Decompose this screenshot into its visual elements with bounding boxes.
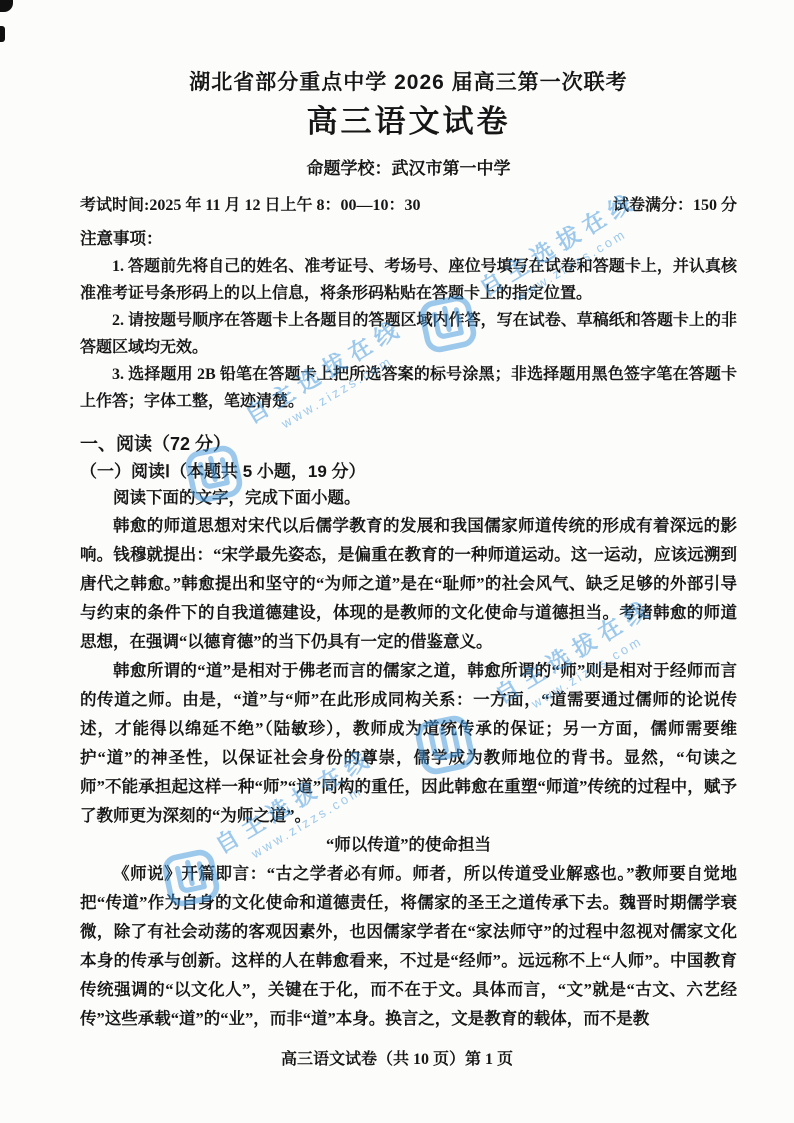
page-content: 湖北省部分重点中学 2026 届高三第一次联考 高三语文试卷 命题学校：武汉市第… <box>0 0 794 1033</box>
paper-title: 高三语文试卷 <box>80 102 737 142</box>
reading-instruction: 阅读下面的文字，完成下面小题。 <box>80 485 737 511</box>
exam-paper-page: 湖北省部分重点中学 2026 届高三第一次联考 高三语文试卷 命题学校：武汉市第… <box>0 0 794 1123</box>
section-heading-reading: 一、阅读（72 分） <box>80 431 737 457</box>
notice-item-1: 1. 答题前先将自己的姓名、准考证号、考场号、座位号填写在试卷和答题卡上，并认真… <box>80 253 737 307</box>
subsection-heading-reading-1: （一）阅读Ⅰ（本题共 5 小题，19 分） <box>80 459 737 485</box>
full-score-label: 试卷满分：150 分 <box>613 196 737 216</box>
notice-item-3: 3. 选择题用 2B 铅笔在答题卡上把所选答案的标号涂黑；非选择题用黑色签字笔在… <box>80 361 737 415</box>
exam-title: 湖北省部分重点中学 2026 届高三第一次联考 <box>80 70 737 96</box>
scan-artifact-mark <box>0 26 5 42</box>
passage-subheading: “师以传道”的使命担当 <box>80 830 737 859</box>
exam-time-label: 考试时间:2025 年 11 月 12 日上午 8：00—10：30 <box>80 196 420 216</box>
passage-paragraph-3: 《师说》开篇即言：“古之学者必有师。师者，所以传道受业解惑也。”教师要自觉地把“… <box>80 859 737 1033</box>
notice-item-2: 2. 请按题号顺序在答题卡上各题目的答题区域内作答，写在试卷、草稿纸和答题卡上的… <box>80 307 737 361</box>
notices-title: 注意事项： <box>80 226 737 253</box>
page-footer: 高三语文试卷（共 10 页）第 1 页 <box>0 1046 794 1069</box>
passage-paragraph-2: 韩愈所谓的“道”是相对于佛老而言的儒家之道，韩愈所谓的“师”则是相对于经师而言的… <box>80 656 737 830</box>
passage-paragraph-1: 韩愈的师道思想对宋代以后儒学教育的发展和我国儒家师道传统的形成有着深远的影响。钱… <box>80 511 737 656</box>
exam-info-row: 考试时间:2025 年 11 月 12 日上午 8：00—10：30 试卷满分：… <box>80 196 737 216</box>
school-line: 命题学校：武汉市第一中学 <box>80 158 737 180</box>
